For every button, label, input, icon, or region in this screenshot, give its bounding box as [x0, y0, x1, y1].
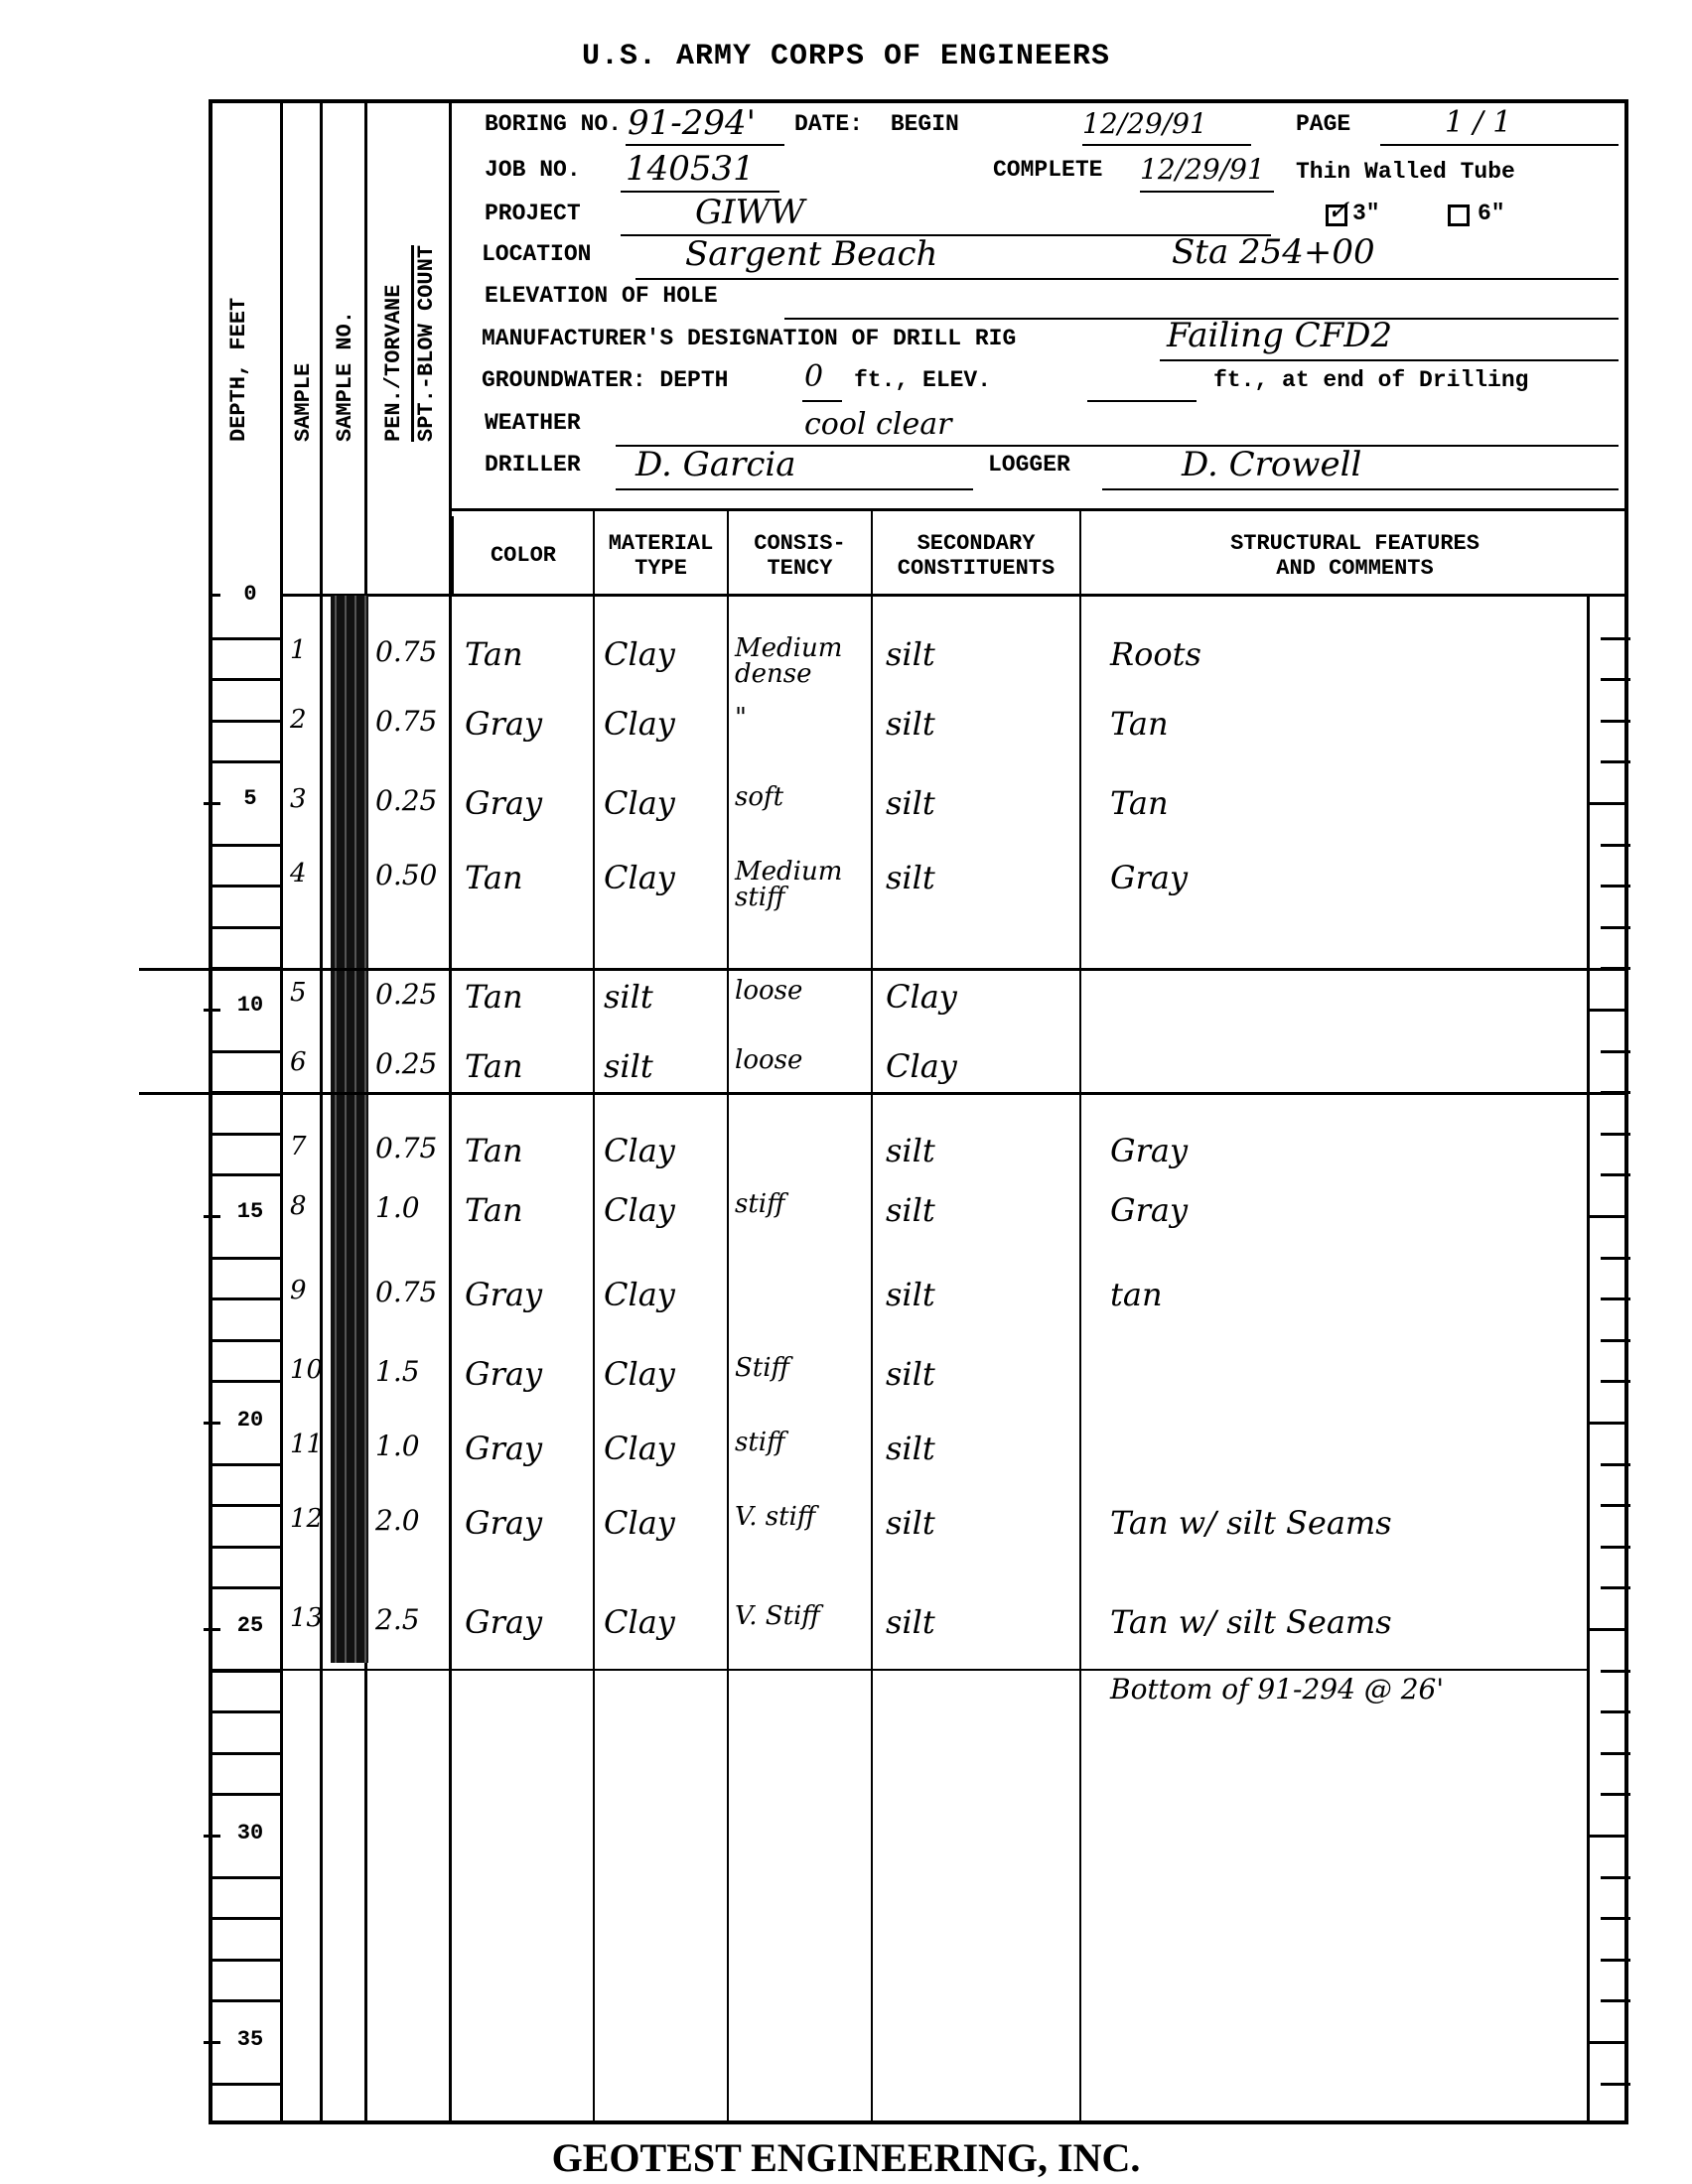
color-value: Tan — [465, 1132, 523, 1169]
material-consistency-divider — [727, 508, 729, 2124]
boring-no-label: BORING NO. — [485, 111, 622, 137]
station-value[interactable]: Sta 254+00 — [1172, 232, 1375, 272]
consistency-value: loose — [735, 1047, 869, 1073]
depth-tick-right — [1589, 2041, 1628, 2044]
page-line — [1380, 144, 1619, 146]
agency-title: U.S. ARMY CORPS OF ENGINEERS — [0, 40, 1692, 73]
color-value: Tan — [465, 859, 523, 896]
check-mark-icon: ✓ — [1327, 194, 1349, 226]
secondary-constituents-value: silt — [886, 1191, 935, 1229]
depth-tick-right — [1601, 1380, 1630, 1383]
depth-label-35: 35 — [220, 2027, 280, 2052]
driller-line — [616, 488, 973, 490]
depth-tick-left — [209, 2083, 283, 2086]
consistency-value: Medium dense — [735, 635, 869, 687]
thin-walled-tube-label: Thin Walled Tube — [1296, 159, 1515, 185]
material-type-value: Clay — [604, 1132, 675, 1169]
depth-tick-left — [209, 1586, 283, 1589]
depth-tick-right — [1601, 1297, 1630, 1300]
color-value: Gray — [465, 1603, 542, 1641]
boring-no-value[interactable]: 91-294' — [628, 103, 756, 143]
depth-tick-right — [1601, 1133, 1630, 1136]
groundwater-elev-line — [1087, 400, 1197, 402]
end-of-drilling-label: ft., at end of Drilling — [1213, 367, 1528, 393]
depth-tick-left — [209, 1710, 283, 1713]
pen-torvane-value: 0.25 — [375, 1047, 437, 1080]
sample-number: 9 — [290, 1276, 307, 1305]
stratum-boundary-1 — [139, 968, 1628, 971]
depth-tick-left — [209, 1504, 283, 1507]
begin-label: BEGIN — [891, 111, 959, 137]
depth-tick-right — [1601, 2083, 1630, 2086]
depth-tick-right — [1589, 1009, 1628, 1012]
depth-tick-right — [1601, 1670, 1630, 1673]
pen-torvane-value: 0.75 — [375, 1276, 437, 1308]
sample-number: 2 — [290, 705, 307, 735]
date-label: DATE: — [794, 111, 863, 137]
depth-tick-left — [209, 1380, 283, 1383]
secondary-constituents-value: silt — [886, 1276, 935, 1313]
spt-blow-count-header: SPT.-BLOW COUNT — [411, 245, 439, 442]
depth-tick-right — [1589, 1215, 1628, 1218]
groundwater-depth-line — [802, 400, 842, 402]
secondary-constituents-value: silt — [886, 1504, 935, 1542]
depth-tick-left — [209, 1050, 283, 1053]
pen-torvane-value: 2.5 — [375, 1603, 420, 1636]
depth-tick-right — [1601, 1710, 1630, 1713]
depth-tick-left — [209, 926, 283, 929]
sample-number: 11 — [290, 1430, 323, 1459]
depth-tick-right — [1601, 678, 1630, 681]
consistency-value: loose — [735, 978, 869, 1004]
begin-date-value[interactable]: 12/29/91 — [1082, 107, 1207, 140]
depth-tick-left — [209, 760, 283, 763]
tube-3in-checkbox[interactable]: ✓ — [1326, 205, 1347, 226]
sample-number: 4 — [290, 859, 307, 888]
groundwater-depth-value[interactable]: 0 — [804, 359, 823, 394]
structural-comments-value: Tan — [1110, 784, 1169, 822]
consistency-value: V. Stiff — [735, 1603, 869, 1629]
color-value: Gray — [465, 1355, 542, 1393]
material-type-value: Clay — [604, 1603, 675, 1641]
secondary-constituents-value: silt — [886, 1603, 935, 1641]
logger-line — [1102, 488, 1619, 490]
secondary-constituents-value: silt — [886, 1430, 935, 1467]
tube-6in-label: 6" — [1478, 201, 1505, 226]
depth-tick-left — [209, 1463, 283, 1466]
material-type-value: Clay — [604, 635, 675, 673]
depth-tick-right — [1601, 844, 1630, 847]
material-type-value: Clay — [604, 1191, 675, 1229]
depth-tick-left — [209, 1917, 283, 1920]
stratum-boundary-2 — [139, 1092, 1628, 1095]
color-value: Tan — [465, 978, 523, 1016]
sample-recovery-bar — [331, 596, 368, 1663]
depth-tick-right — [1601, 1917, 1630, 1920]
secondary-constituents-value: silt — [886, 705, 935, 743]
structural-comments-value: Gray — [1110, 1132, 1188, 1169]
depth-tick-right — [1601, 760, 1630, 763]
pen-torvane-value: 0.75 — [375, 705, 437, 738]
depth-tick-right — [1601, 1546, 1630, 1549]
depth-tick-right — [1601, 1173, 1630, 1176]
depth-tick-right — [1601, 1876, 1630, 1879]
color-value: Tan — [465, 1191, 523, 1229]
depth-tick-left — [209, 720, 283, 723]
depth-tick-right — [1601, 1999, 1630, 2002]
depth-tick-left — [209, 1793, 283, 1796]
consistency-secondary-divider — [871, 508, 873, 2124]
color-value: Gray — [465, 1430, 542, 1467]
material-type-value: Clay — [604, 784, 675, 822]
material-type-value: Clay — [604, 1276, 675, 1313]
pen-torvane-value: 0.25 — [375, 784, 437, 817]
consistency-value: V. stiff — [735, 1504, 869, 1530]
complete-date-line — [1140, 191, 1274, 193]
depth-tick-right — [1601, 637, 1630, 640]
structural-comments-value: Tan — [1110, 705, 1169, 743]
driller-label: DRILLER — [485, 452, 581, 478]
bottom-of-boring-note: Bottom of 91-294 @ 26' — [1110, 1673, 1444, 1706]
location-line — [635, 278, 1619, 280]
sample-number: 3 — [290, 784, 307, 814]
depth-header: DEPTH, FEET — [226, 298, 251, 442]
structural-comments-value: Gray — [1110, 1191, 1188, 1229]
material-type-value: Clay — [604, 1504, 675, 1542]
pen-torvane-value: 1.0 — [375, 1191, 420, 1224]
sample-header: SAMPLE — [291, 363, 316, 442]
depth-tick-left — [209, 1257, 283, 1260]
color-value: Tan — [465, 1047, 523, 1085]
depth-tick-left — [209, 678, 283, 681]
consistency-value: Stiff — [735, 1355, 869, 1381]
depth-tick-right — [1601, 1257, 1630, 1260]
color-value: Gray — [465, 1276, 542, 1313]
tube-3in-label: 3" — [1352, 201, 1380, 226]
location-value[interactable]: Sargent Beach — [685, 234, 937, 274]
secondary-constituents-value: Clay — [886, 978, 957, 1016]
color-value: Gray — [465, 1504, 542, 1542]
pen-torvane-value: 0.50 — [375, 859, 437, 891]
secondary-constituents-value: Clay — [886, 1047, 957, 1085]
material-type-value: Clay — [604, 1355, 675, 1393]
depth-label-0: 0 — [220, 582, 280, 607]
secondary-constituents-header: SECONDARYCONSTITUENTS — [871, 516, 1079, 596]
drill-rig-value[interactable]: Failing CFD2 — [1167, 316, 1392, 355]
consistency-value: " — [735, 705, 869, 731]
material-type-header: MATERIALTYPE — [593, 516, 727, 596]
depth-tick-right — [1601, 1793, 1630, 1796]
material-type-value: Clay — [604, 1430, 675, 1467]
color-value: Tan — [465, 635, 523, 673]
depth-tick-right — [1601, 1050, 1630, 1053]
drill-rig-line — [1160, 359, 1619, 361]
pen-torvane-header: PEN./TORVANE — [381, 285, 406, 442]
depth-tick-left — [209, 885, 283, 887]
depth-tick-right — [1601, 926, 1630, 929]
pen-torvane-column: PEN./TORVANE SPT.-BLOW COUNT — [367, 99, 452, 2124]
consistency-value: soft — [735, 784, 869, 810]
depth-tick-left — [209, 637, 283, 640]
elevation-label: ELEVATION OF HOLE — [485, 283, 718, 309]
structural-features-header: STRUCTURAL FEATURESAND COMMENTS — [1079, 516, 1628, 596]
structural-comments-value: Tan w/ silt Seams — [1110, 1603, 1392, 1641]
sample-number: 1 — [290, 635, 307, 665]
secondary-constituents-value: silt — [886, 859, 935, 896]
begin-date-line — [1082, 144, 1251, 146]
weather-label: WEATHER — [485, 410, 581, 436]
structural-comments-value: Roots — [1110, 635, 1201, 673]
secondary-constituents-value: silt — [886, 784, 935, 822]
depth-tick-left — [209, 1959, 283, 1962]
column-header-top-divider — [452, 508, 1628, 511]
drill-rig-label: MANUFACTURER'S DESIGNATION OF DRILL RIG — [482, 326, 1016, 351]
color-material-divider — [593, 508, 595, 2124]
depth-tick-left — [209, 1297, 283, 1300]
sample-number: 5 — [290, 978, 307, 1008]
secondary-constituents-value: silt — [886, 1355, 935, 1393]
consistency-value: Medium stiff — [735, 859, 869, 910]
depth-tick-right — [1601, 1752, 1630, 1755]
sample-number: 8 — [290, 1191, 307, 1221]
depth-tick-right — [1601, 1504, 1630, 1507]
depth-tick-left — [209, 1173, 283, 1176]
depth-tick-left — [209, 1752, 283, 1755]
secondary-constituents-value: silt — [886, 1132, 935, 1169]
sample-number: 12 — [290, 1504, 323, 1534]
pen-torvane-value: 1.5 — [375, 1355, 420, 1388]
depth-tick-left — [209, 1339, 283, 1342]
consistency-header: CONSIS-TENCY — [727, 516, 871, 596]
depth-tick-left — [209, 844, 283, 847]
sample-number: 13 — [290, 1603, 323, 1633]
sample-number: 10 — [290, 1355, 323, 1385]
logger-value[interactable]: D. Crowell — [1182, 445, 1361, 484]
driller-value[interactable]: D. Garcia — [635, 445, 796, 484]
job-no-value[interactable]: 140531 — [626, 149, 755, 189]
material-type-value: Clay — [604, 859, 675, 896]
depth-tick-right — [1589, 802, 1628, 805]
structural-comments-value: tan — [1110, 1276, 1163, 1313]
page-label: PAGE — [1296, 111, 1350, 137]
depth-tick-left — [209, 1546, 283, 1549]
depth-label-30: 30 — [220, 1821, 280, 1845]
depth-tick-left — [209, 1876, 283, 1879]
groundwater-label: GROUNDWATER: DEPTH — [482, 367, 728, 393]
pen-torvane-value: 0.25 — [375, 978, 437, 1011]
structural-comments-value: Tan w/ silt Seams — [1110, 1504, 1392, 1542]
depth-tick-right — [1589, 1628, 1628, 1631]
depth-label-20: 20 — [220, 1408, 280, 1433]
location-label: LOCATION — [482, 241, 591, 267]
depth-tick-right — [1589, 1422, 1628, 1425]
sample-no-header: SAMPLE NO. — [333, 311, 357, 442]
consistency-value: stiff — [735, 1430, 869, 1455]
secondary-constituents-value: silt — [886, 635, 935, 673]
depth-tick-right — [1601, 1463, 1630, 1466]
ft-elev-label: ft., ELEV. — [854, 367, 991, 393]
boring-no-line — [626, 144, 784, 146]
pen-torvane-value: 0.75 — [375, 635, 437, 668]
sample-number: 6 — [290, 1047, 307, 1077]
pen-torvane-value: 0.75 — [375, 1132, 437, 1164]
tube-6in-checkbox[interactable] — [1448, 205, 1470, 226]
project-label: PROJECT — [485, 201, 581, 226]
sample-column: SAMPLE — [283, 99, 323, 2124]
job-no-label: JOB NO. — [485, 157, 581, 183]
depth-label-15: 15 — [220, 1199, 280, 1224]
company-footer: GEOTEST ENGINEERING, INC. — [0, 2134, 1692, 2181]
project-value[interactable]: GIWW — [695, 193, 804, 232]
depth-tick-right — [1601, 885, 1630, 887]
color-value: Gray — [465, 784, 542, 822]
depth-tick-right — [1601, 1586, 1630, 1589]
sample-number: 7 — [290, 1132, 307, 1161]
page-value[interactable]: 1 / 1 — [1445, 105, 1511, 140]
consistency-value: stiff — [735, 1191, 869, 1217]
complete-date-value[interactable]: 12/29/91 — [1140, 153, 1265, 186]
right-scale-divider — [1587, 594, 1590, 2124]
secondary-structural-divider — [1079, 508, 1081, 2124]
color-header: COLOR — [452, 516, 593, 596]
depth-label-5: 5 — [220, 786, 280, 811]
bottom-of-boring-line — [209, 1669, 1589, 1671]
depth-tick-left — [209, 1999, 283, 2002]
pen-torvane-value: 1.0 — [375, 1430, 420, 1462]
structural-comments-value: Gray — [1110, 859, 1188, 896]
depth-tick-right — [1601, 720, 1630, 723]
depth-tick-left — [209, 1133, 283, 1136]
depth-label-25: 25 — [220, 1613, 280, 1638]
weather-value[interactable]: cool clear — [804, 407, 951, 442]
pen-torvane-value: 2.0 — [375, 1504, 420, 1537]
depth-tick-right — [1601, 1339, 1630, 1342]
material-type-value: Clay — [604, 705, 675, 743]
depth-tick-right — [1601, 1959, 1630, 1962]
complete-label: COMPLETE — [993, 157, 1102, 183]
depth-tick-right — [1589, 1835, 1628, 1838]
color-value: Gray — [465, 705, 542, 743]
material-type-value: silt — [604, 978, 653, 1016]
material-type-value: silt — [604, 1047, 653, 1085]
logger-label: LOGGER — [988, 452, 1070, 478]
depth-label-10: 10 — [220, 993, 280, 1018]
